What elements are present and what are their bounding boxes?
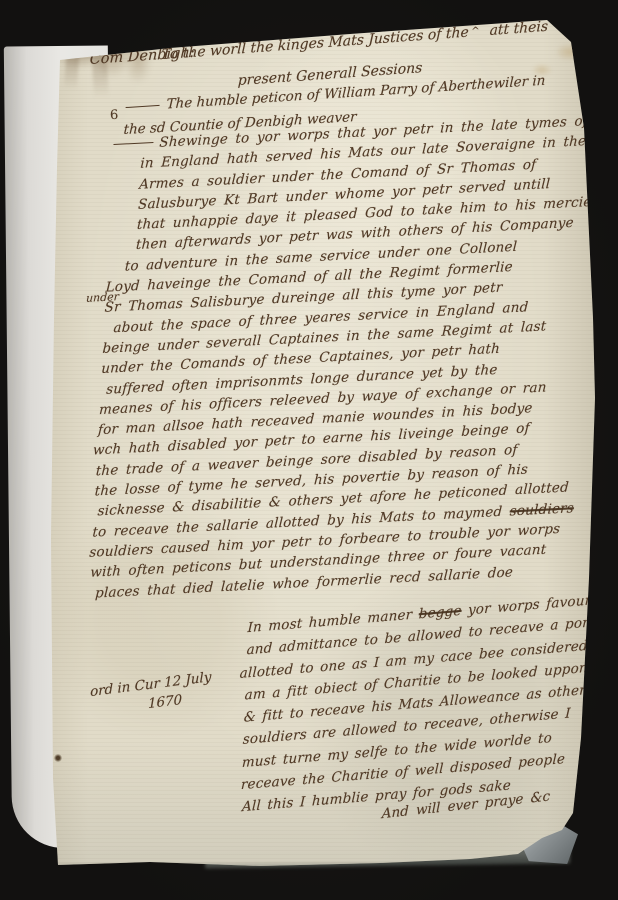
folio-number: 6 (110, 108, 119, 123)
pen-flourish (126, 105, 160, 108)
struck-word: souldiers (509, 500, 574, 519)
insertion-point: peace ^ (473, 21, 485, 36)
petition-prayer: In most humble maner begge yor worps fav… (240, 588, 598, 819)
caret-mark: ^ (471, 26, 480, 38)
petition-body: Shewinge to yor worps that yor petr in t… (89, 110, 598, 604)
manuscript-page: Com Denbigh: To the worll the kinges Mat… (50, 18, 598, 878)
scan-background: Com Denbigh: To the worll the kinges Mat… (0, 0, 618, 900)
struck-word: begge (418, 603, 461, 623)
interlined-word: peace (459, 18, 492, 26)
